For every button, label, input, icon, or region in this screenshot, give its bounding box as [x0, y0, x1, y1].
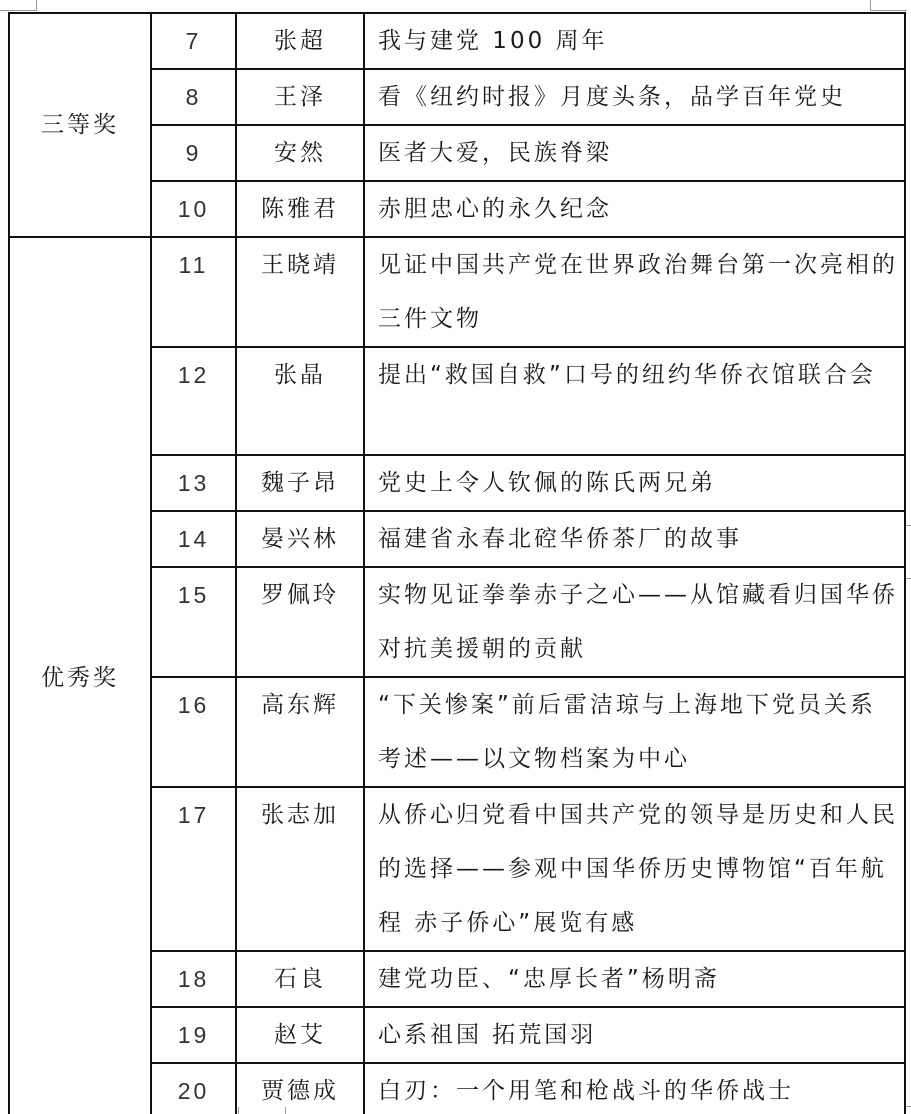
award-category-cell: 三等奖: [9, 13, 151, 237]
author-name: 赵艾: [236, 1007, 364, 1063]
author-name: 陈雅君: [236, 181, 364, 237]
entry-number: 10: [151, 181, 236, 237]
awards-table: 三等奖 7 张超 我与建党 100 周年 8 王泽 看《纽约时报》月度头条，品学…: [8, 12, 906, 1114]
entry-title: 见证中国共产党在世界政治舞台第一次亮相的三件文物: [364, 237, 905, 347]
entry-number: 19: [151, 1007, 236, 1063]
entry-title: 提出“救国自救”口号的纽约华侨衣馆联合会: [364, 347, 905, 455]
author-name: 张超: [236, 13, 364, 69]
entry-title: 实物见证拳拳赤子之心——从馆藏看归国华侨对抗美援朝的贡献: [364, 567, 905, 677]
awards-table-body: 三等奖 7 张超 我与建党 100 周年 8 王泽 看《纽约时报》月度头条，品学…: [9, 13, 905, 1114]
author-name: 张志加: [236, 787, 364, 951]
author-name: 王泽: [236, 69, 364, 125]
author-name: 张晶: [236, 347, 364, 455]
entry-number: 20: [151, 1063, 236, 1114]
table-row: 优秀奖 11 王晓靖 见证中国共产党在世界政治舞台第一次亮相的三件文物: [9, 237, 905, 347]
page-corner-mark-top-right: [870, 0, 907, 11]
award-category-cell: 优秀奖: [9, 237, 151, 1114]
entry-title: 看《纽约时报》月度头条，品学百年党史: [364, 69, 905, 125]
entry-number: 13: [151, 455, 236, 511]
entry-number: 11: [151, 237, 236, 347]
entry-number: 18: [151, 951, 236, 1007]
entry-number: 14: [151, 511, 236, 567]
entry-number: 12: [151, 347, 236, 455]
entry-number: 17: [151, 787, 236, 951]
entry-title: 医者大爱，民族脊梁: [364, 125, 905, 181]
entry-number: 16: [151, 677, 236, 787]
author-name: 石良: [236, 951, 364, 1007]
entry-title: 党史上令人钦佩的陈氏两兄弟: [364, 455, 905, 511]
author-name: 安然: [236, 125, 364, 181]
author-name: 魏子昂: [236, 455, 364, 511]
entry-title: 白刃：一个用笔和枪战斗的华侨战士: [364, 1063, 905, 1114]
entry-number: 7: [151, 13, 236, 69]
entry-title: 从侨心归党看中国共产党的领导是历史和人民的选择——参观中国华侨历史博物馆“百年航…: [364, 787, 905, 951]
entry-title: 心系祖国 拓荒国羽: [364, 1007, 905, 1063]
author-name: 贾德成: [236, 1063, 364, 1114]
page-corner-mark-top-left: [0, 0, 37, 11]
entry-number: 9: [151, 125, 236, 181]
entry-title: 赤胆忠心的永久纪念: [364, 181, 905, 237]
entry-title: “下关惨案”前后雷洁琼与上海地下党员关系考述——以文物档案为中心: [364, 677, 905, 787]
table-row: 三等奖 7 张超 我与建党 100 周年: [9, 13, 905, 69]
author-name: 罗佩玲: [236, 567, 364, 677]
entry-number: 15: [151, 567, 236, 677]
entry-title: 建党功臣、“忠厚长者”杨明斋: [364, 951, 905, 1007]
entry-number: 8: [151, 69, 236, 125]
author-name: 晏兴林: [236, 511, 364, 567]
author-name: 高东辉: [236, 677, 364, 787]
author-name: 王晓靖: [236, 237, 364, 347]
entry-title: 我与建党 100 周年: [364, 13, 905, 69]
entry-title: 福建省永春北硿华侨茶厂的故事: [364, 511, 905, 567]
